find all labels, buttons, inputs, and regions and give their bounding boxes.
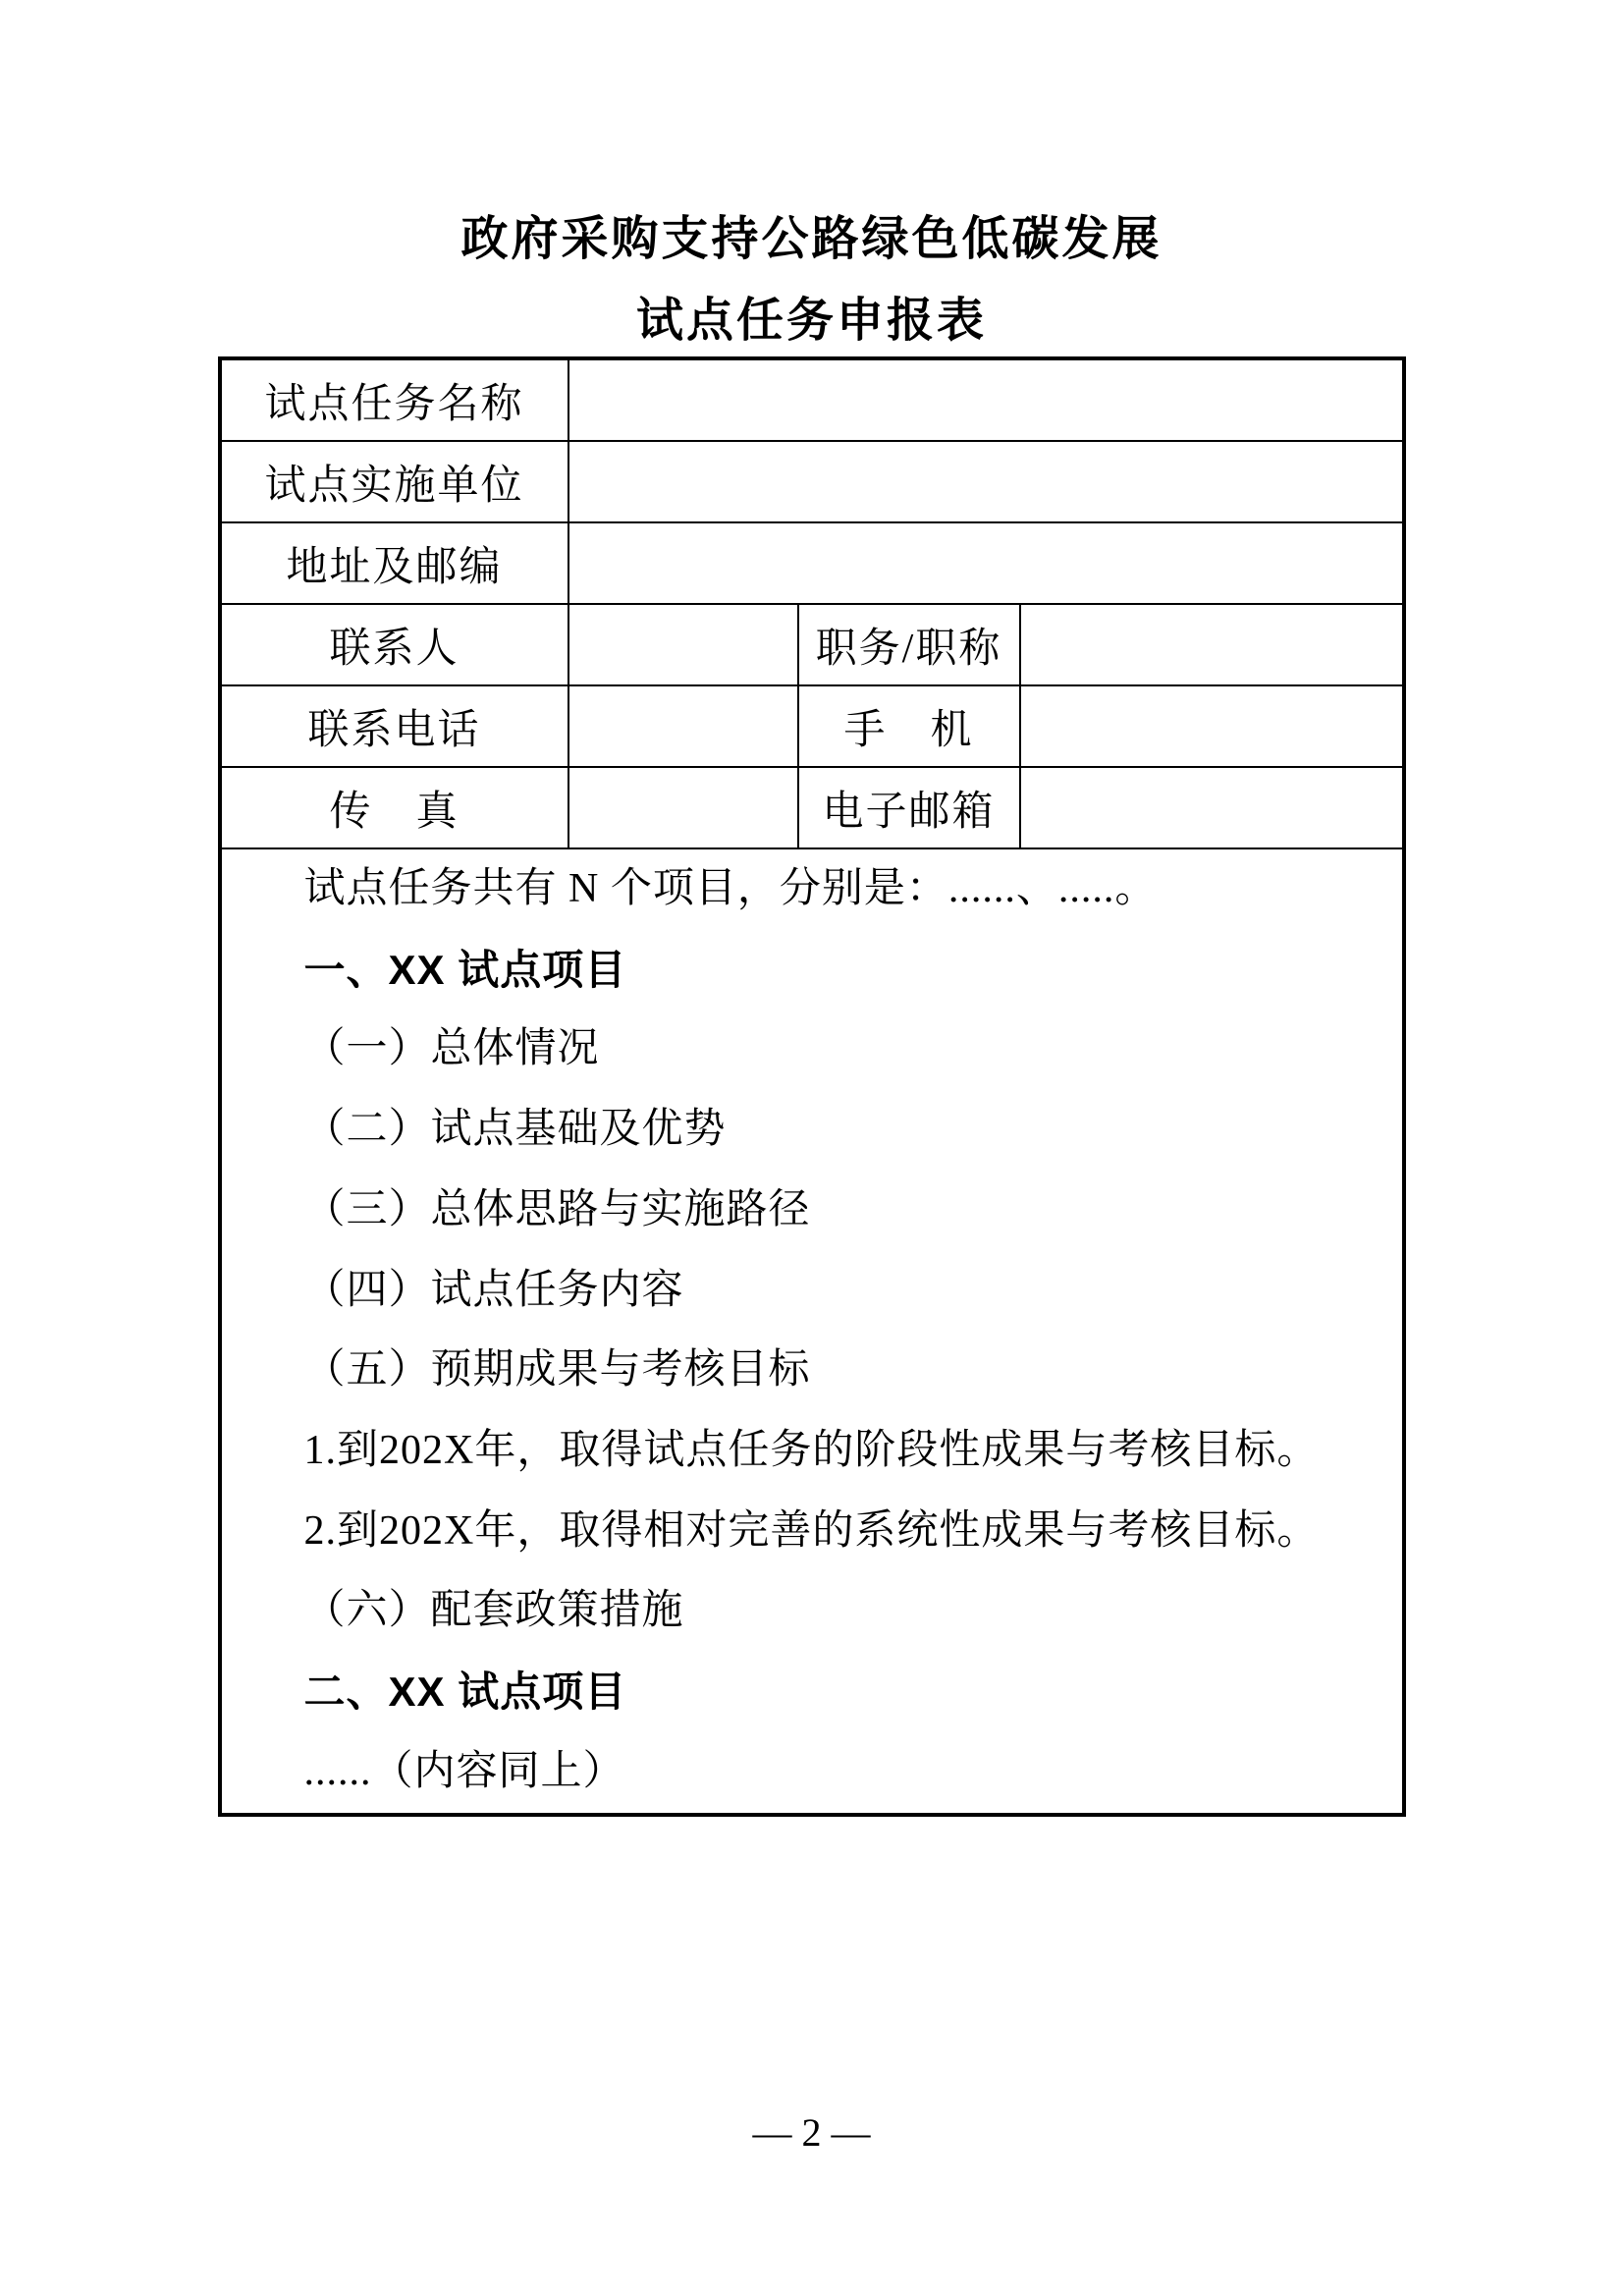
mobile-label: 手 机 [798, 685, 1020, 767]
pilot-task-name-value [568, 358, 1404, 441]
form-body-line: （一）总体情况 [222, 1010, 1402, 1090]
form-body-line: 一、XX 试点项目 [222, 930, 1402, 1011]
row-contact-phone: 联系电话 手 机 [220, 685, 1404, 767]
page-title-line1: 政府采购支持公路绿色低碳发展 [0, 212, 1623, 267]
form-body-line: （三）总体思路与实施路径 [222, 1171, 1402, 1251]
form-body-line: （二）试点基础及优势 [222, 1090, 1402, 1171]
form-body-line: 试点任务共有 N 个项目，分别是：......、.....。 [222, 849, 1402, 930]
address-postcode-label: 地址及邮编 [220, 522, 568, 604]
application-form-table: 试点任务名称 试点实施单位 地址及邮编 联系人 职务/职称 联系电话 手 机 [218, 356, 1406, 1817]
page-title-line2: 试点任务申报表 [0, 297, 1623, 346]
implementing-unit-value [568, 441, 1404, 522]
email-value [1020, 767, 1404, 848]
implementing-unit-label: 试点实施单位 [220, 441, 568, 522]
document-page: 政府采购支持公路绿色低碳发展 试点任务申报表 试点任务名称 试点实施单位 地址及… [0, 0, 1623, 2296]
row-contact-person: 联系人 职务/职称 [220, 604, 1404, 685]
form-body-line: （五）预期成果与考核目标 [222, 1331, 1402, 1411]
contact-person-label: 联系人 [220, 604, 568, 685]
row-implementing-unit: 试点实施单位 [220, 441, 1404, 522]
row-form-body: 试点任务共有 N 个项目，分别是：......、.....。一、XX 试点项目（… [220, 848, 1404, 1815]
form-body-line: （四）试点任务内容 [222, 1251, 1402, 1332]
fax-label: 传 真 [220, 767, 568, 848]
form-body-cell: 试点任务共有 N 个项目，分别是：......、.....。一、XX 试点项目（… [220, 848, 1404, 1815]
form-body-line: 1.到202X年，取得试点任务的阶段性成果与考核目标。 [222, 1411, 1402, 1492]
contact-phone-label: 联系电话 [220, 685, 568, 767]
contact-phone-value [568, 685, 798, 767]
row-pilot-task-name: 试点任务名称 [220, 358, 1404, 441]
page-number: — 2 — [0, 2109, 1623, 2156]
position-title-label: 职务/职称 [798, 604, 1020, 685]
document-title: 政府采购支持公路绿色低碳发展 试点任务申报表 [0, 0, 1623, 346]
contact-person-value [568, 604, 798, 685]
pilot-task-name-label: 试点任务名称 [220, 358, 568, 441]
row-address-postcode: 地址及邮编 [220, 522, 1404, 604]
form-body-line: 二、XX 试点项目 [222, 1652, 1402, 1732]
fax-value [568, 767, 798, 848]
email-label: 电子邮箱 [798, 767, 1020, 848]
mobile-value [1020, 685, 1404, 767]
form-body-line: ......（内容同上） [222, 1732, 1402, 1813]
form-body-line: （六）配套政策措施 [222, 1571, 1402, 1652]
address-postcode-value [568, 522, 1404, 604]
position-title-value [1020, 604, 1404, 685]
form-body-line: 2.到202X年，取得相对完善的系统性成果与考核目标。 [222, 1492, 1402, 1572]
row-fax: 传 真 电子邮箱 [220, 767, 1404, 848]
